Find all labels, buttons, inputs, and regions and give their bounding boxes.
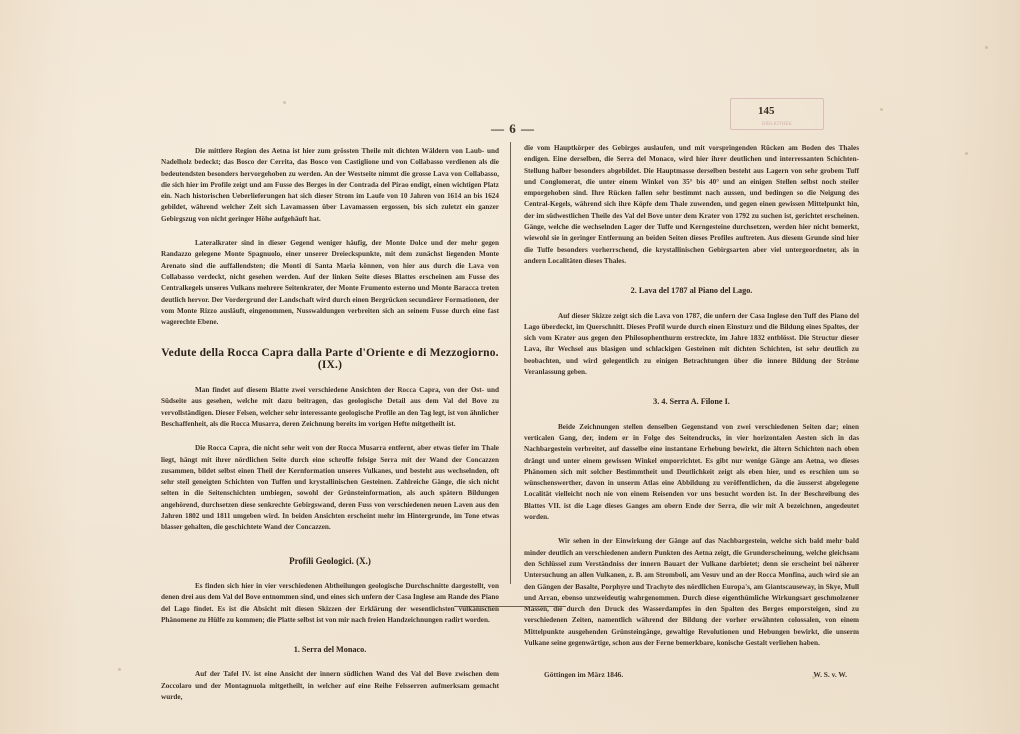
author-initials: W. S. v. W. (813, 669, 847, 680)
paragraph: Es finden sich hier in vier verschiedene… (161, 581, 499, 626)
subsection-heading-2: 2. Lava del 1787 al Piano del Lago. (524, 285, 859, 296)
document-page: — 6 — BIBLIOTHEK 145 Die mittlere Region… (0, 0, 1020, 734)
subsection-heading-3-4: 3. 4. Serra A. Filone I. (524, 396, 859, 407)
paper-speck (880, 108, 883, 111)
paragraph: Auf der Tafel IV. ist eine Ansicht der i… (161, 669, 499, 703)
library-stamp: BIBLIOTHEK (730, 98, 824, 130)
paragraph: Beide Zeichnungen stellen denselben Gege… (524, 422, 859, 524)
section-heading-x: Profili Geologici. (X.) (161, 556, 499, 567)
paragraph: Auf dieser Skizze zeigt sich die Lava vo… (524, 311, 859, 379)
paragraph-continuation: die vom Hauptkörper des Gebirges auslauf… (524, 143, 859, 267)
left-column: Die mittlere Region des Aetna ist hier z… (161, 146, 499, 716)
end-rule (454, 606, 566, 607)
paragraph: Lateralkrater sind in dieser Gegend weni… (161, 238, 499, 328)
handwritten-folio-number: 145 (758, 105, 775, 117)
paragraph: Wir sehen in der Einwirkung der Gänge au… (524, 536, 859, 649)
paper-speck (985, 46, 988, 49)
section-heading-ix: Vedute della Rocca Capra dalla Parte d'O… (161, 348, 499, 371)
signature-row: Göttingen im März 1846. W. S. v. W. (524, 669, 859, 680)
paper-speck (283, 101, 286, 104)
place-date: Göttingen im März 1846. (544, 669, 623, 680)
paper-speck (118, 668, 121, 671)
page-number: — 6 — (478, 121, 548, 137)
right-column: die vom Hauptkörper des Gebirges auslauf… (524, 143, 859, 681)
column-divider (510, 142, 511, 584)
stamp-text: BIBLIOTHEK (731, 122, 823, 127)
subsection-heading-1: 1. Serra del Monaco. (161, 644, 499, 655)
paragraph: Die Rocca Capra, die nicht sehr weit von… (161, 443, 499, 533)
paragraph: Die mittlere Region des Aetna ist hier z… (161, 146, 499, 225)
paragraph: Man findet auf diesem Blatte zwei versch… (161, 385, 499, 430)
paper-speck (965, 152, 968, 155)
